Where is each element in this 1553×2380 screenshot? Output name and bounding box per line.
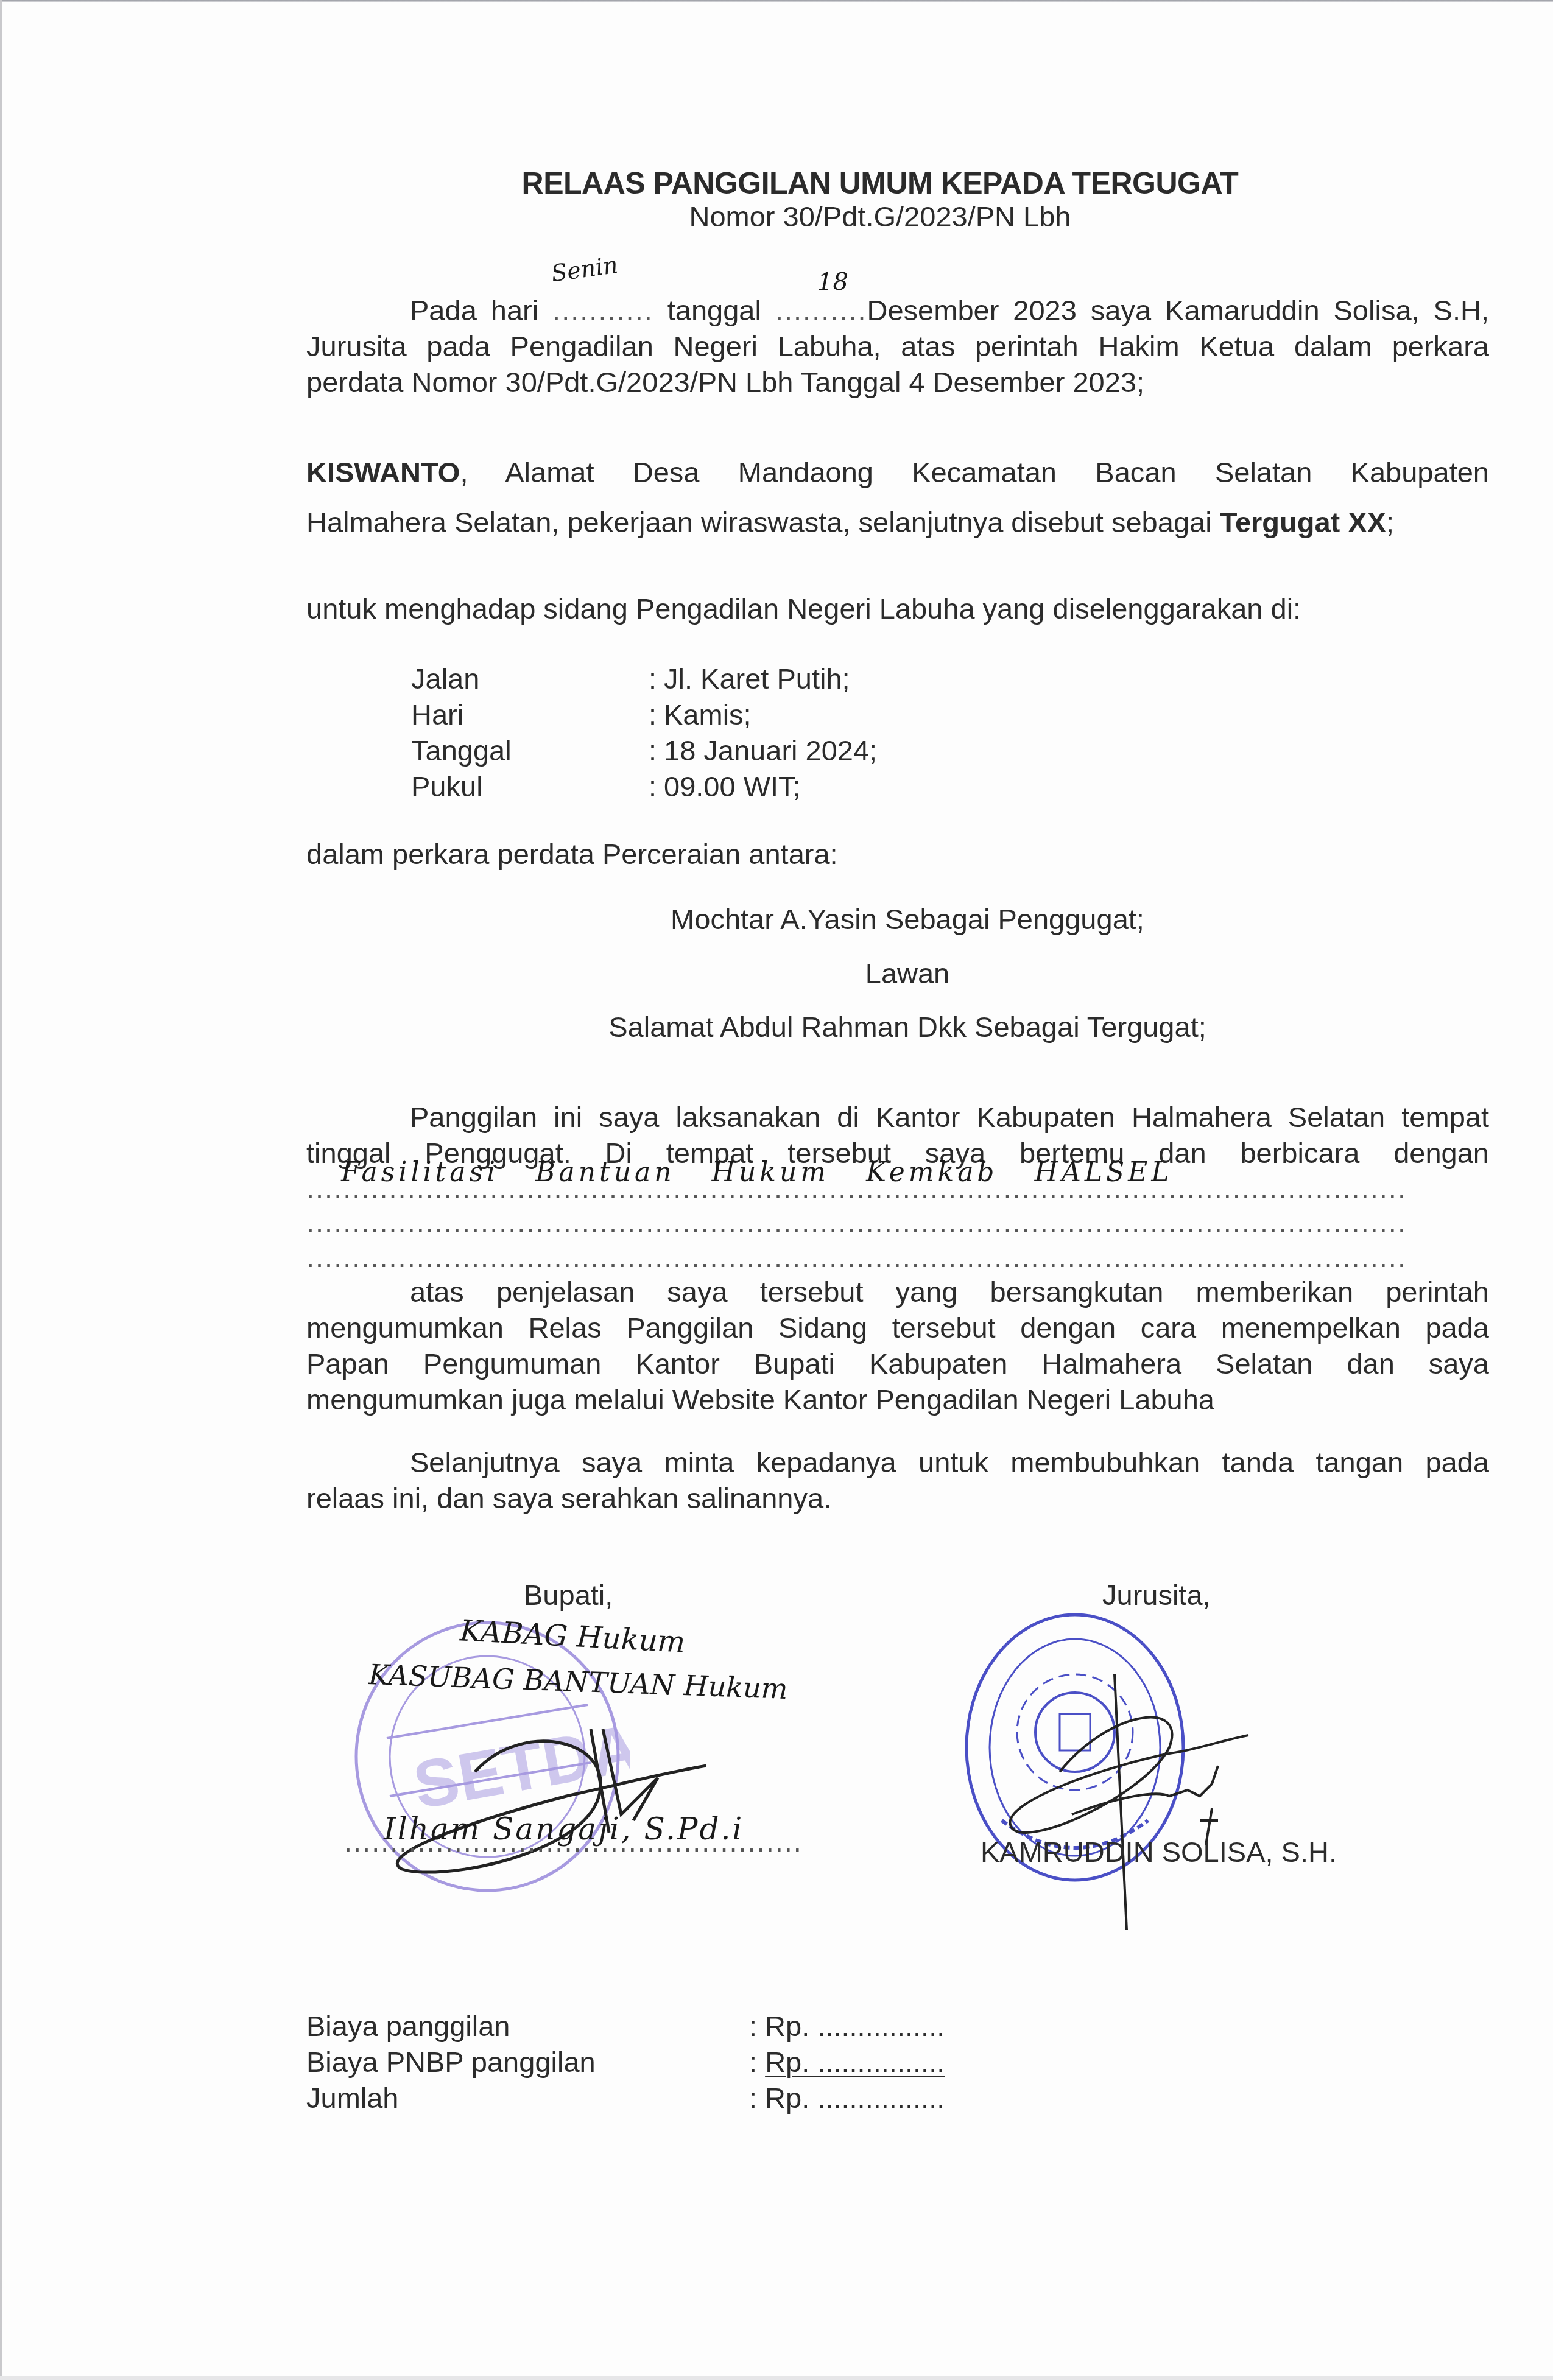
plaintiff-line: Mochtar A.Yasin Sebagai Penggugat; xyxy=(0,902,1553,936)
fee-label: Jumlah xyxy=(306,2080,399,2116)
handwritten-date: 18 xyxy=(817,268,848,296)
handwritten-recipient: Fasilitasi Bantuan Hukum Kemkab HALSEL xyxy=(341,1157,1172,1188)
versus-line: Lawan xyxy=(0,957,1553,990)
defendant-line: Salamat Abdul Rahman Dkk Sebagai Terguga… xyxy=(0,1010,1553,1044)
opening-line-1: Pada hari ........... tanggal ..........… xyxy=(306,292,1489,328)
result-line-2: mengumumkan Relas Panggilan Sidang terse… xyxy=(306,1310,1489,1346)
detail-value: 09.00 WIT; xyxy=(664,768,801,805)
day-field: ........... xyxy=(552,294,653,326)
result-paragraph: atas penjelasan saya tersebut yang bersa… xyxy=(306,1274,1489,1417)
detail-colon: : xyxy=(649,661,657,697)
signature-right-name: KAMRUDDIN SOLISA, S.H. xyxy=(981,1834,1337,1870)
detail-colon: : xyxy=(649,768,657,805)
closing-line-2: relaas ini, dan saya serahkan salinannya… xyxy=(306,1480,1489,1516)
party-line-1: KISWANTO, Alamat Desa Mandaong Kecamatan… xyxy=(306,448,1489,497)
detail-value: Kamis; xyxy=(664,697,752,733)
party-role: Tergugat XX xyxy=(1220,506,1386,538)
fee-value: : Rp. ................ xyxy=(749,2080,945,2116)
summons-intro: untuk menghadap sidang Pengadilan Negeri… xyxy=(306,591,1301,627)
handwritten-signer-name: Ilham Sangaji, S.Pd.i xyxy=(384,1811,744,1847)
recipient-dots-3: ........................................… xyxy=(306,1239,1457,1276)
detail-colon: : xyxy=(649,732,657,769)
party-paragraph: KISWANTO, Alamat Desa Mandaong Kecamatan… xyxy=(306,448,1489,547)
opening-line-2: Jurusita pada Pengadilan Negeri Labuha, … xyxy=(306,328,1489,364)
scan-edge-left xyxy=(0,0,2,2380)
document-number: Nomor 30/Pdt.G/2023/PN Lbh xyxy=(0,200,1553,233)
case-intro: dalam perkara perdata Perceraian antara: xyxy=(306,836,838,872)
detail-value: Jl. Karet Putih; xyxy=(664,661,850,697)
result-line-4: mengumumkan juga melalui Website Kantor … xyxy=(306,1381,1489,1417)
scan-edge-bottom xyxy=(0,2376,1553,2380)
document-title: RELAAS PANGGILAN UMUM KEPADA TERGUGAT xyxy=(0,166,1553,201)
opening-line-3: perdata Nomor 30/Pdt.G/2023/PN Lbh Tangg… xyxy=(306,364,1489,400)
detail-label: Pukul xyxy=(411,768,483,805)
closing-line-1: Selanjutnya saya minta kepadanya untuk m… xyxy=(410,1446,1489,1478)
signature-right-heading: Jurusita, xyxy=(1102,1577,1211,1613)
party-line-2: Halmahera Selatan, pekerjaan wiraswasta,… xyxy=(306,497,1489,547)
scan-edge-top xyxy=(0,0,1553,2)
recipient-dots-2: ........................................… xyxy=(306,1204,1482,1241)
result-line-3: Papan Pengumuman Kantor Bupati Kabupaten… xyxy=(306,1346,1489,1381)
result-line-1: atas penjelasan saya tersebut yang bersa… xyxy=(410,1276,1489,1308)
detail-label: Tanggal xyxy=(411,732,512,769)
detail-colon: : xyxy=(649,697,657,733)
fee-value: Rp. ................ xyxy=(765,2046,945,2078)
detail-label: Hari xyxy=(411,697,463,733)
fee-label: Biaya panggilan xyxy=(306,2008,510,2045)
handwritten-day: Senin xyxy=(549,251,619,287)
signature-left-heading: Bupati, xyxy=(524,1577,613,1613)
opening-paragraph: Pada hari ........... tanggal ..........… xyxy=(306,292,1489,400)
service-line-1: Panggilan ini saya laksanakan di Kantor … xyxy=(410,1101,1489,1133)
date-field: .......... xyxy=(775,294,867,326)
fee-value: : Rp. ................ xyxy=(749,2008,945,2045)
signature-right-scribble xyxy=(987,1674,1303,1948)
detail-label: Jalan xyxy=(411,661,479,697)
party-name: KISWANTO xyxy=(306,456,460,488)
closing-paragraph: Selanjutnya saya minta kepadanya untuk m… xyxy=(306,1444,1489,1516)
fee-label: Biaya PNBP panggilan xyxy=(306,2044,596,2080)
detail-value: 18 Januari 2024; xyxy=(664,732,877,769)
signature-left-scribble xyxy=(365,1705,706,1887)
